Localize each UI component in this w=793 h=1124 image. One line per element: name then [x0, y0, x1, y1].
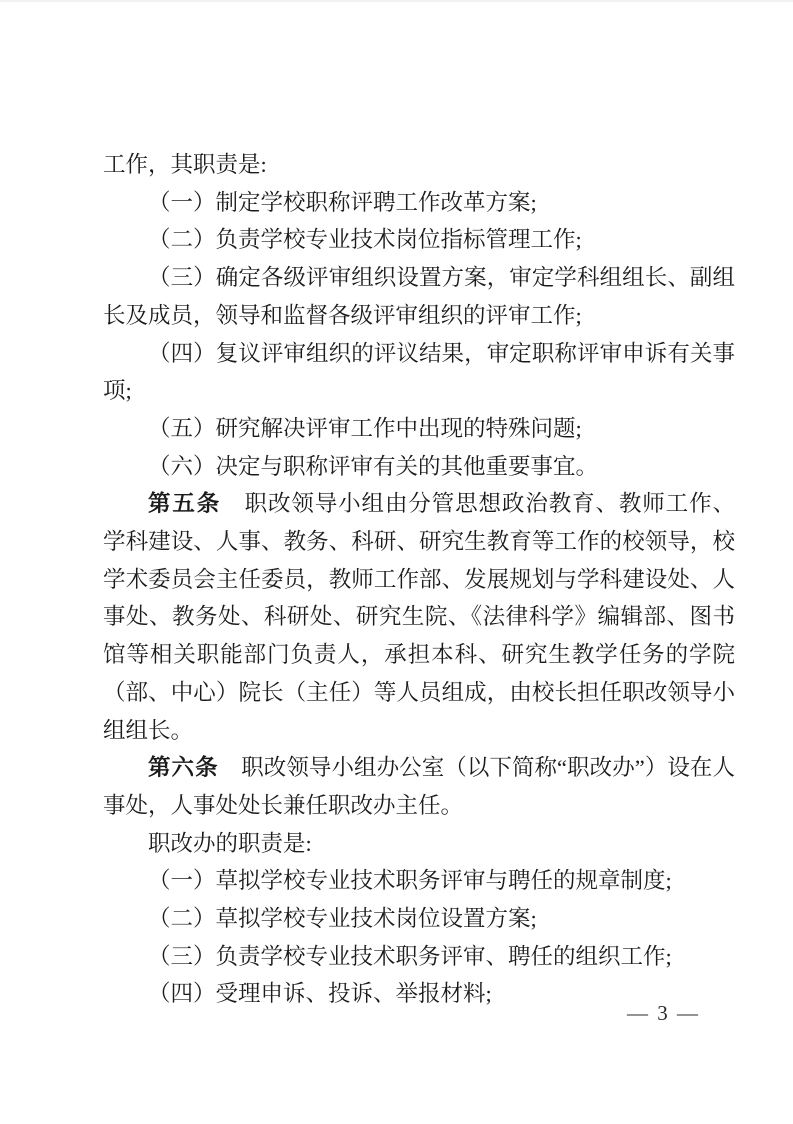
- clause-number-label: 第五条: [148, 491, 221, 516]
- document-paragraph: （四）复议评审组织的评议结果，审定职称评审申诉有关事项;: [103, 335, 735, 410]
- clause-number-label: 第六条: [148, 755, 219, 780]
- paragraph-text: （二）负责学校专业技术岗位指标管理工作;: [148, 227, 582, 252]
- document-paragraph: （一）制定学校职称评聘工作改革方案;: [103, 184, 735, 222]
- page-number: — 3 —: [0, 1001, 700, 1026]
- document-paragraph: （三）确定各级评审组织设置方案，审定学科组组长、副组长及成员，领导和监督各级评审…: [103, 259, 735, 334]
- paragraph-text: （二）草拟学校专业技术岗位设置方案;: [148, 906, 537, 931]
- document-page: 工作，其职责是: （一）制定学校职称评聘工作改革方案; （二）负责学校专业技术岗…: [0, 0, 793, 1124]
- document-paragraph: 工作，其职责是:: [103, 146, 735, 184]
- document-paragraph: （三）负责学校专业技术职务评审、聘任的组织工作;: [103, 938, 735, 976]
- document-paragraph-clause-5: 第五条 职改领导小组由分管思想政治教育、教师工作、学科建设、人事、教务、科研、研…: [103, 485, 735, 749]
- document-paragraph-clause-6: 第六条 职改领导小组办公室（以下简称“职改办”）设在人事处，人事处处长兼任职改办…: [103, 749, 735, 824]
- paragraph-text: 职改领导小组由分管思想政治教育、教师工作、学科建设、人事、教务、科研、研究生教育…: [103, 491, 735, 742]
- document-paragraph: （六）决定与职称评审有关的其他重要事宜。: [103, 448, 735, 486]
- paragraph-text: （四）复议评审组织的评议结果，审定职称评审申诉有关事项;: [103, 341, 735, 404]
- document-paragraph: 职改办的职责是:: [103, 825, 735, 863]
- document-body: 工作，其职责是: （一）制定学校职称评聘工作改革方案; （二）负责学校专业技术岗…: [103, 146, 735, 1013]
- document-paragraph: （五）研究解决评审工作中出现的特殊问题;: [103, 410, 735, 448]
- document-paragraph: （二）负责学校专业技术岗位指标管理工作;: [103, 221, 735, 259]
- document-paragraph: （二）草拟学校专业技术岗位设置方案;: [103, 900, 735, 938]
- paragraph-text: （六）决定与职称评审有关的其他重要事宜。: [148, 454, 598, 479]
- paragraph-text: （一）制定学校职称评聘工作改革方案;: [148, 190, 537, 215]
- document-paragraph: （一）草拟学校专业技术职务评审与聘任的规章制度;: [103, 862, 735, 900]
- paragraph-text: （三）确定各级评审组织设置方案，审定学科组组长、副组长及成员，领导和监督各级评审…: [103, 265, 735, 328]
- paragraph-text: 职改办的职责是:: [148, 831, 312, 856]
- paragraph-text: （五）研究解决评审工作中出现的特殊问题;: [148, 416, 582, 441]
- paragraph-text: 工作，其职责是:: [103, 152, 267, 177]
- paragraph-text: （三）负责学校专业技术职务评审、聘任的组织工作;: [148, 944, 672, 969]
- paragraph-text: （一）草拟学校专业技术职务评审与聘任的规章制度;: [148, 868, 672, 893]
